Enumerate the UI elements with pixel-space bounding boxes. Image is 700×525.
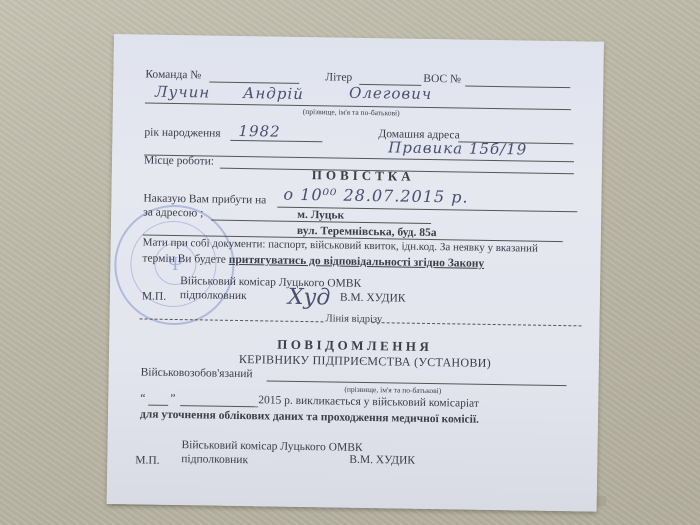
birth-year-label: рік народження: [144, 126, 220, 139]
firstname-handwritten: Андрій: [243, 84, 304, 103]
cut-line-right: [371, 322, 581, 326]
cut-line-label: Лінія відрізу: [325, 313, 382, 325]
order-label: Наказую Вам прибути на: [143, 192, 266, 206]
penalty-prefix: термін Ви будете: [142, 252, 228, 265]
workplace-label: Місце роботи:: [144, 154, 214, 167]
penalty-bold: притягуватись до відповідальності згідно…: [229, 254, 485, 270]
liter-label: Літер: [325, 71, 352, 83]
vos-field: [465, 86, 570, 89]
vos-label: ВОС №: [423, 73, 461, 86]
commissar-name: В.М. ХУДИК: [340, 292, 406, 305]
notice-subtitle: КЕРІВНИКУ ПІДПРИЄМСТВА (УСТАНОВИ): [239, 352, 491, 371]
notice-date-quote-open: “: [140, 392, 145, 404]
notice-date-quote-close: ”: [170, 393, 175, 405]
notice-day-field: [148, 405, 168, 406]
notice-month-field: [180, 405, 258, 407]
notice-commissar-title: Військовий комісар Луцького ОМВК: [181, 439, 362, 454]
notice-seal-label: М.П.: [135, 454, 159, 466]
name-hint: (прізвище, ім'я та по-батькові): [303, 107, 400, 118]
birth-year-value: 1982: [238, 122, 280, 141]
summons-title: ПОВІСТКА: [312, 167, 415, 185]
notice-commissar-name: В.М. ХУДИК: [349, 454, 415, 467]
order-date-value: о 10⁰⁰ 28.07.2015 р.: [283, 185, 468, 207]
notice-date-text: 2015 р. викликається у військовий коміса…: [258, 394, 479, 409]
patronymic-handwritten: Олегович: [349, 84, 432, 103]
conscript-label: Військовозобов'язаний: [141, 366, 253, 380]
conscript-name-hint: (прізвище, ім'я та по-батькові): [344, 385, 441, 396]
surname-handwritten: Лучин: [155, 83, 210, 102]
notice-commissar-rank: підполковник: [181, 453, 248, 466]
address-label: за адресою ;: [143, 206, 203, 219]
team-number-label: Команда №: [145, 68, 201, 81]
commissar-signature: Худ: [288, 285, 331, 311]
seal-label: М.П.: [142, 290, 166, 302]
summons-document: Ψ Команда № Літер ВОС № Лучин Андрій Оле…: [107, 34, 604, 512]
commissar-rank: підполковник: [180, 289, 247, 302]
address-city: м. Луцьк: [297, 209, 344, 222]
notice-purpose: для уточнення облікових даних та проходж…: [140, 408, 479, 425]
home-address-value: Правика 15б/19: [388, 138, 527, 158]
address-street: вул. Теремнівська, буд. 85а: [297, 225, 437, 239]
